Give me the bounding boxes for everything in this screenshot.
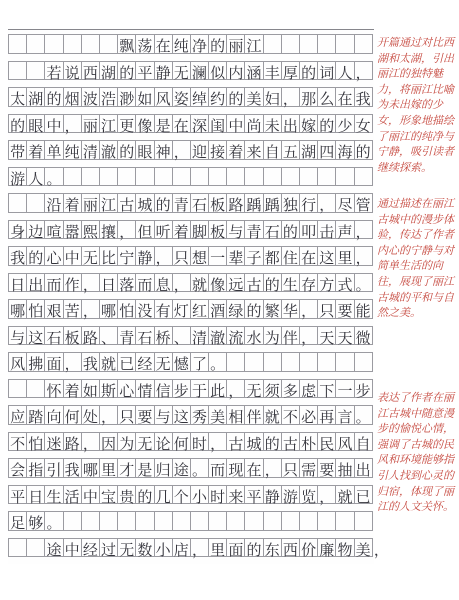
grid-cell [264, 34, 282, 54]
grid-cell [300, 511, 318, 531]
grid-cell: ， [300, 326, 318, 346]
grid-cell: 面 [227, 538, 245, 558]
handwritten-character: 。 [45, 513, 62, 534]
handwritten-character: 数 [136, 540, 153, 561]
grid-cell: 价 [300, 538, 318, 558]
handwritten-character: 就 [191, 275, 208, 296]
handwritten-character: 眼 [136, 142, 153, 163]
handwritten-character: 独 [282, 195, 299, 216]
handwritten-character: 的 [27, 248, 44, 269]
grid-cell: 的 [136, 485, 154, 505]
handwritten-character: 中 [227, 116, 244, 137]
handwritten-character: 。 [209, 354, 226, 375]
grid-cell: ， [82, 299, 100, 319]
handwritten-character: 会 [9, 460, 26, 481]
grid-cell: 绰 [191, 87, 209, 107]
handwritten-character: 出 [355, 460, 372, 481]
essay-row: 我的心中无比宁静，只想一辈子都住在这里， [8, 246, 374, 266]
handwritten-character: 清 [191, 328, 208, 349]
essay-row: 足够。 [8, 511, 374, 531]
handwritten-character: 步 [355, 381, 372, 402]
grid-cell: 因 [100, 432, 118, 452]
grid-cell: 个 [173, 485, 191, 505]
grid-cell: 丽 [82, 114, 100, 134]
handwritten-character: 而 [209, 460, 226, 481]
handwritten-character: 伴 [282, 328, 299, 349]
grid-cell: 湖 [100, 61, 118, 81]
handwritten-character: 天 [318, 328, 335, 349]
grid-cell: 声 [336, 220, 354, 240]
grid-cell: 何 [64, 405, 82, 425]
grid-cell: 迷 [45, 432, 63, 452]
grid-cell: 途 [173, 458, 191, 478]
grid-cell: 海 [336, 140, 354, 160]
handwritten-character: 丽 [227, 36, 244, 57]
handwritten-character: 现 [227, 460, 244, 481]
grid-cell: 板 [209, 193, 227, 213]
handwritten-character: 只 [118, 407, 135, 428]
handwritten-character: 里 [209, 540, 226, 561]
grid-cell: 出 [282, 114, 300, 134]
handwritten-character: 言 [336, 407, 353, 428]
grid-cell: 石 [264, 220, 282, 240]
grid-cell: 嚣 [64, 220, 82, 240]
grid-cell: 江 [100, 193, 118, 213]
grid-cell: ， [318, 485, 336, 505]
grid-cell: 江 [100, 114, 118, 134]
essay-row: 会指引我哪里才是归途。而现在，只需要抽出 [8, 458, 374, 478]
grid-cell: 论 [155, 432, 173, 452]
handwritten-character: 西 [282, 540, 299, 561]
grid-cell [8, 193, 27, 213]
grid-cell: ， [118, 220, 136, 240]
grid-cell: 喧 [45, 220, 63, 240]
grid-cell: 拂 [27, 352, 45, 372]
grid-cell: 已 [118, 352, 136, 372]
handwritten-character: 怀 [45, 381, 62, 402]
handwritten-character: 日 [9, 275, 26, 296]
grid-cell [336, 352, 354, 372]
grid-cell: 步 [355, 379, 373, 399]
grid-cell: 边 [27, 220, 45, 240]
handwritten-character: 小 [155, 540, 172, 561]
grid-cell [245, 167, 263, 187]
essay-title-row: 飘荡在纯净的丽江 [8, 34, 374, 54]
grid-cell: 只 [318, 299, 336, 319]
handwritten-character: 无 [173, 63, 190, 84]
handwritten-character: 管 [355, 195, 372, 216]
handwritten-character: 日 [27, 487, 44, 508]
handwritten-character: 美 [245, 89, 262, 110]
handwritten-character: 路 [227, 195, 244, 216]
grid-cell: 出 [27, 273, 45, 293]
grid-cell: 厚 [282, 61, 300, 81]
grid-cell: 生 [282, 273, 300, 293]
handwritten-character: 够 [27, 513, 44, 534]
handwritten-character: 迷 [45, 434, 62, 455]
handwritten-character: 都 [264, 248, 281, 269]
handwritten-character: 无 [245, 381, 262, 402]
handwritten-character: 中 [64, 248, 81, 269]
grid-cell: 澈 [209, 326, 227, 346]
essay-row: 应踏向何处，只要与这秀美相伴就不必再言。 [8, 405, 374, 425]
grid-cell: 落 [118, 273, 136, 293]
handwritten-character: 要 [136, 407, 153, 428]
grid-cell: 踏 [27, 405, 45, 425]
handwritten-character: 踽 [245, 195, 262, 216]
handwritten-character: 着 [173, 222, 190, 243]
handwritten-character: 朴 [300, 434, 317, 455]
essay-row: 身边喧嚣熙攘，但听着脚板与青石的叩击声， [8, 220, 374, 240]
handwritten-character: 式 [336, 275, 353, 296]
handwritten-character: 石 [136, 328, 153, 349]
grid-cell [264, 352, 282, 372]
handwritten-character: 怕 [118, 301, 135, 322]
handwritten-character: 下 [318, 381, 335, 402]
handwritten-character: ， [82, 434, 99, 455]
grid-cell: 秀 [191, 405, 209, 425]
grid-cell: 来 [245, 140, 263, 160]
grid-cell: 少 [336, 114, 354, 134]
handwritten-character: 深 [191, 116, 208, 137]
handwritten-character: 平 [136, 63, 153, 84]
handwritten-character: 单 [45, 142, 62, 163]
grid-cell: 怕 [27, 432, 45, 452]
handwritten-character: 着 [27, 142, 44, 163]
handwritten-character: 神 [155, 142, 172, 163]
handwritten-character: 这 [173, 407, 190, 428]
essay-row: 不怕迷路，因为无论何时，古城的古朴民风自 [8, 432, 374, 452]
grid-cell [264, 511, 282, 531]
grid-cell [209, 167, 227, 187]
handwritten-character: 此 [209, 381, 226, 402]
grid-cell [227, 352, 245, 372]
handwritten-character: 。 [45, 169, 62, 190]
grid-cell: 古 [245, 273, 263, 293]
handwritten-character: 澜 [191, 63, 208, 84]
grid-cell: 要 [318, 458, 336, 478]
handwritten-character: 能 [355, 301, 372, 322]
handwritten-character: 嚣 [64, 222, 81, 243]
grid-cell: 风 [8, 352, 27, 372]
handwritten-character: 丽 [82, 116, 99, 137]
handwritten-character: 游 [282, 487, 299, 508]
grid-cell: 数 [136, 538, 154, 558]
handwritten-character: 。 [355, 407, 372, 428]
handwritten-character: 的 [155, 195, 172, 216]
handwritten-character: 的 [45, 89, 62, 110]
grid-cell: 的 [318, 114, 336, 134]
handwritten-character: ， [64, 354, 81, 375]
handwritten-character: 需 [300, 460, 317, 481]
handwritten-character: 只 [318, 301, 335, 322]
handwritten-character: 住 [282, 248, 299, 269]
grid-cell: 没 [136, 299, 154, 319]
grid-cell: 听 [155, 220, 173, 240]
handwritten-character: 少 [336, 116, 353, 137]
grid-cell: 式 [336, 273, 354, 293]
grid-cell: ， [282, 87, 300, 107]
grid-cell [155, 511, 173, 531]
handwritten-character: ， [318, 195, 335, 216]
grid-cell: 息 [155, 273, 173, 293]
handwritten-character: 想 [191, 248, 208, 269]
handwritten-character: 石 [45, 328, 62, 349]
handwritten-character: 闺 [209, 116, 226, 137]
handwritten-character: 在 [155, 36, 172, 57]
grid-cell: 廉 [318, 538, 336, 558]
grid-cell: 览 [300, 485, 318, 505]
handwritten-character: 板 [209, 222, 226, 243]
handwritten-character: 青 [173, 195, 190, 216]
grid-cell: 须 [264, 379, 282, 399]
handwritten-character: 息 [155, 275, 172, 296]
grid-cell: ， [191, 538, 209, 558]
grid-cell [355, 167, 373, 187]
grid-cell: 人 [27, 167, 45, 187]
handwritten-character: 贵 [118, 487, 135, 508]
handwritten-character: 酒 [209, 301, 226, 322]
grid-cell: 过 [100, 538, 118, 558]
grid-cell: 古 [227, 432, 245, 452]
handwritten-character: ， [118, 222, 135, 243]
grid-cell [300, 352, 318, 372]
grid-cell: 嫁 [300, 114, 318, 134]
handwritten-character: 更 [118, 116, 135, 137]
essay-row: 太湖的烟波浩渺如风姿绰约的美妇，那么在我 [8, 87, 374, 107]
handwritten-character: ， [82, 275, 99, 296]
handwritten-character: 眼 [27, 116, 44, 137]
grid-cell [8, 379, 27, 399]
handwritten-character: 的 [245, 301, 262, 322]
grid-cell: 的 [209, 34, 227, 54]
grid-cell: 与 [8, 326, 27, 346]
handwritten-character: 板 [64, 328, 81, 349]
grid-cell: 平 [8, 485, 27, 505]
grid-cell: ， [318, 193, 336, 213]
grid-cell: 宁 [118, 246, 136, 266]
grid-cell: 在 [300, 246, 318, 266]
grid-cell: 不 [282, 405, 300, 425]
handwritten-character: 要 [336, 301, 353, 322]
grid-cell: 里 [100, 458, 118, 478]
handwritten-character: 湖 [100, 63, 117, 84]
handwritten-character: 纯 [64, 142, 81, 163]
grid-cell: 活 [64, 485, 82, 505]
teacher-comment-3: 表达了作者在丽江古城中随意漫步的愉悦心情，强调了古城的民风和环境能够指引人找到心… [377, 391, 459, 516]
handwritten-character: 繁 [264, 301, 281, 322]
handwritten-character: 就 [100, 354, 117, 375]
grid-cell: 东 [264, 538, 282, 558]
handwritten-character: 一 [336, 381, 353, 402]
handwritten-character: 为 [118, 434, 135, 455]
scanned-essay-page: 飘荡在纯净的丽江若说西湖的平静无澜似内涵丰厚的词人，太湖的烟波浩渺如风姿绰约的美… [0, 0, 459, 600]
grid-cell [8, 61, 27, 81]
grid-cell: 烟 [64, 87, 82, 107]
grid-cell: 城 [245, 432, 263, 452]
grid-cell: 怕 [118, 299, 136, 319]
grid-cell: 这 [27, 326, 45, 346]
handwritten-character: 中 [45, 116, 62, 137]
handwritten-character: 路 [82, 328, 99, 349]
handwritten-character: 着 [227, 142, 244, 163]
handwritten-character: 的 [209, 36, 226, 57]
grid-cell: 路 [64, 432, 82, 452]
essay-row: 平日生活中宝贵的几个小时来平静游览，就已 [8, 485, 374, 505]
grid-cell: ， [173, 273, 191, 293]
handwritten-character: 在 [173, 116, 190, 137]
grid-cell: 与 [227, 220, 245, 240]
handwritten-character: 灯 [173, 301, 190, 322]
essay-row: 沿着丽江古城的青石板路踽踽独行，尽管 [8, 193, 374, 213]
essay-row: 日出而作，日落而息，就像远古的生存方式。 [8, 273, 374, 293]
handwritten-character: 约 [209, 89, 226, 110]
grid-cell: 眼 [27, 114, 45, 134]
handwritten-character: 平 [245, 487, 262, 508]
handwritten-character: 厚 [282, 63, 299, 84]
handwritten-character: 向 [45, 407, 62, 428]
grid-cell: 日 [27, 485, 45, 505]
grid-cell: 苦 [64, 299, 82, 319]
grid-cell: 不 [8, 432, 27, 452]
grid-cell [27, 61, 45, 81]
grid-cell: 。 [355, 405, 373, 425]
grid-cell: 着 [27, 140, 45, 160]
grid-cell: 单 [45, 140, 63, 160]
grid-cell: 平 [136, 61, 154, 81]
handwritten-character: 江 [245, 36, 262, 57]
grid-cell: 能 [355, 299, 373, 319]
handwritten-character: 绰 [191, 89, 208, 110]
grid-cell: 的 [27, 246, 45, 266]
handwritten-character: 不 [282, 407, 299, 428]
handwritten-character: 嫁 [300, 116, 317, 137]
essay-row: 途中经过无数小店，里面的东西价廉物美， [8, 538, 374, 558]
grid-cell [245, 511, 263, 531]
handwritten-character: 古 [227, 434, 244, 455]
grid-cell: 都 [264, 246, 282, 266]
grid-cell: 古 [118, 193, 136, 213]
handwritten-character: 击 [318, 222, 335, 243]
handwritten-character: ， [355, 222, 372, 243]
handwritten-character: 么 [318, 89, 335, 110]
grid-cell: 而 [209, 458, 227, 478]
handwritten-character: 荡 [136, 36, 153, 57]
grid-cell [209, 511, 227, 531]
grid-cell: 但 [136, 220, 154, 240]
grid-cell: 此 [209, 379, 227, 399]
grid-cell: 石 [136, 326, 154, 346]
handwritten-character: 东 [264, 540, 281, 561]
handwritten-character: 烟 [64, 89, 81, 110]
grid-cell: 而 [136, 273, 154, 293]
grid-cell: 尽 [336, 193, 354, 213]
grid-cell: 沿 [45, 193, 63, 213]
grid-cell [64, 34, 82, 54]
grid-cell: 比 [100, 246, 118, 266]
grid-cell: 有 [155, 299, 173, 319]
handwritten-character: 引 [45, 460, 62, 481]
handwritten-character: 那 [300, 89, 317, 110]
handwritten-character: 湖 [27, 89, 44, 110]
grid-cell: 神 [155, 140, 173, 160]
handwritten-character: 览 [300, 487, 317, 508]
grid-cell: 就 [100, 352, 118, 372]
grid-cell: 就 [191, 273, 209, 293]
handwritten-character: 清 [82, 142, 99, 163]
grid-cell: 丽 [82, 193, 100, 213]
grid-cell: 接 [209, 140, 227, 160]
grid-cell: 斯 [100, 379, 118, 399]
grid-cell: 脚 [191, 220, 209, 240]
handwritten-character: ， [173, 142, 190, 163]
grid-cell: 存 [300, 273, 318, 293]
grid-cell: 妇 [264, 87, 282, 107]
grid-cell: 这 [318, 246, 336, 266]
grid-cell: 清 [82, 140, 100, 160]
handwritten-character: 女 [355, 116, 372, 137]
handwritten-character: 石 [264, 222, 281, 243]
handwritten-character: 沿 [45, 195, 62, 216]
grid-cell: 独 [282, 193, 300, 213]
handwritten-character: 的 [282, 222, 299, 243]
grid-cell: 红 [191, 299, 209, 319]
grid-cell: 。 [209, 352, 227, 372]
handwritten-character: 净 [191, 36, 208, 57]
grid-cell: 就 [336, 485, 354, 505]
handwritten-character: 、 [173, 328, 190, 349]
grid-cell: 澈 [100, 140, 118, 160]
grid-cell: 说 [64, 61, 82, 81]
handwritten-character: 纯 [173, 36, 190, 57]
grid-cell: 现 [227, 458, 245, 478]
grid-cell: 着 [227, 140, 245, 160]
handwritten-character: 的 [227, 89, 244, 110]
grid-cell: 姿 [173, 87, 191, 107]
handwritten-character: ， [82, 301, 99, 322]
handwritten-character: 中 [82, 487, 99, 508]
grid-cell: 。 [45, 511, 63, 531]
handwritten-character: 里 [100, 460, 117, 481]
handwritten-character: 一 [209, 248, 226, 269]
grid-cell: 板 [64, 326, 82, 346]
grid-cell: 的 [155, 193, 173, 213]
handwritten-character: 日 [100, 275, 117, 296]
grid-cell: 这 [173, 405, 191, 425]
grid-cell: 江 [245, 34, 263, 54]
grid-cell [318, 34, 336, 54]
grid-cell: 板 [209, 220, 227, 240]
handwritten-character: 未 [264, 116, 281, 137]
grid-cell: 、 [100, 326, 118, 346]
grid-cell: 虑 [300, 379, 318, 399]
handwritten-character: 途 [45, 540, 62, 561]
grid-cell: 生 [45, 485, 63, 505]
handwritten-character: ， [282, 89, 299, 110]
grid-cell: 指 [27, 458, 45, 478]
handwritten-character: 接 [209, 142, 226, 163]
handwritten-character: 斯 [100, 381, 117, 402]
grid-cell: 物 [336, 538, 354, 558]
handwritten-character: 微 [355, 328, 372, 349]
grid-cell: 像 [136, 114, 154, 134]
handwritten-character: 哪 [82, 460, 99, 481]
handwritten-character: ， [355, 63, 372, 84]
handwritten-character: 已 [118, 354, 135, 375]
grid-cell: 。 [191, 458, 209, 478]
grid-cell: 丽 [227, 34, 245, 54]
grid-cell [8, 34, 27, 54]
